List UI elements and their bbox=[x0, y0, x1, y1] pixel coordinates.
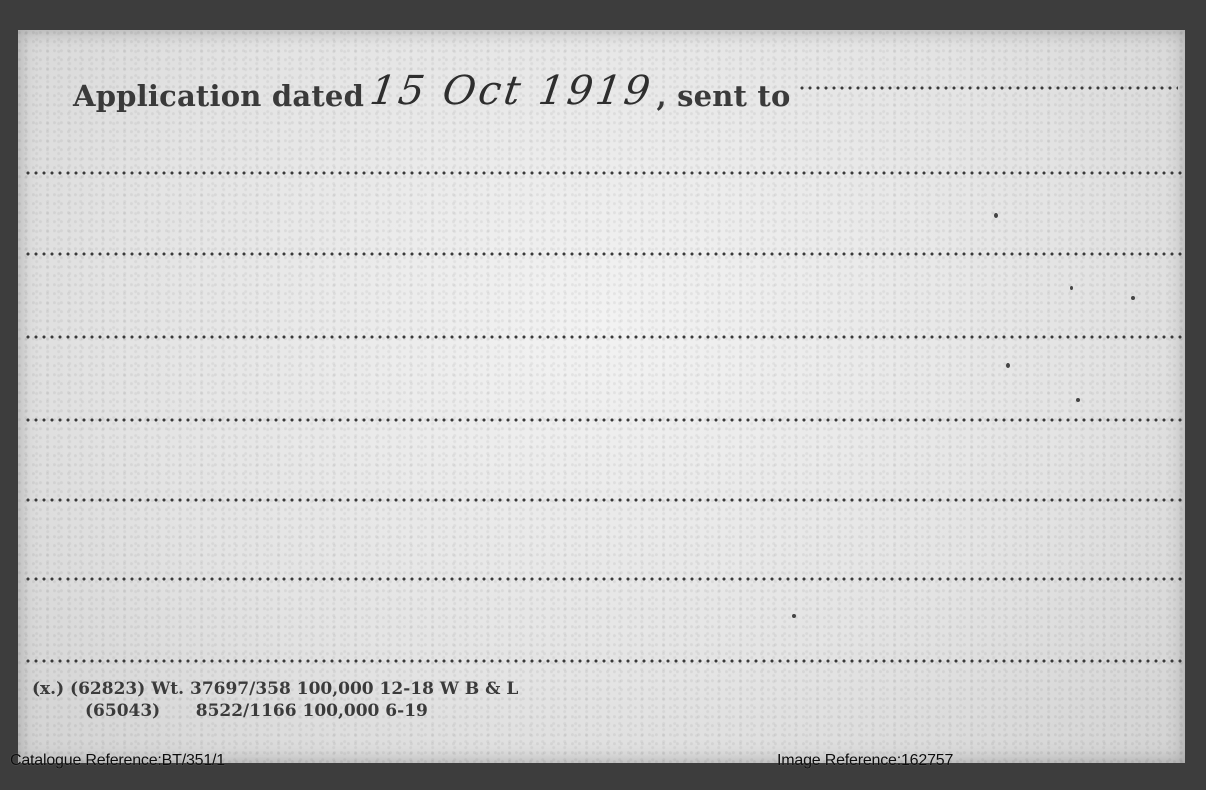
ruled-line bbox=[24, 577, 1182, 581]
handwritten-date: 15 Oct 1919 bbox=[367, 68, 656, 114]
paper-speck bbox=[1070, 286, 1073, 290]
paper-speck bbox=[994, 213, 998, 218]
image-reference: Image Reference:162757 bbox=[777, 752, 953, 770]
ruled-line bbox=[24, 252, 1182, 256]
ruled-line bbox=[24, 498, 1182, 502]
application-heading: Application dated 15 Oct 1919 , sent to bbox=[73, 70, 791, 116]
ruled-line bbox=[24, 659, 1182, 663]
ruled-line bbox=[24, 171, 1182, 175]
paper-speck bbox=[1076, 398, 1080, 402]
heading-prefix: Application dated bbox=[73, 79, 364, 113]
ruled-line bbox=[24, 418, 1182, 422]
paper-speck bbox=[792, 614, 796, 618]
imprint-line-2: (65043) 8522/1166 100,000 6-19 bbox=[32, 700, 518, 722]
printer-imprint: (x.) (62823) Wt. 37697/358 100,000 12-18… bbox=[32, 678, 518, 722]
heading-suffix: , sent to bbox=[656, 79, 790, 113]
paper-speck bbox=[1131, 296, 1135, 300]
sent-to-dotted-line bbox=[798, 86, 1178, 90]
index-card: Application dated 15 Oct 1919 , sent to … bbox=[18, 30, 1185, 763]
catalogue-reference: Catalogue Reference:BT/351/1 bbox=[10, 752, 225, 770]
ruled-line bbox=[24, 335, 1182, 339]
imprint-line-1: (x.) (62823) Wt. 37697/358 100,000 12-18… bbox=[32, 678, 518, 700]
paper-speck bbox=[1006, 363, 1010, 368]
